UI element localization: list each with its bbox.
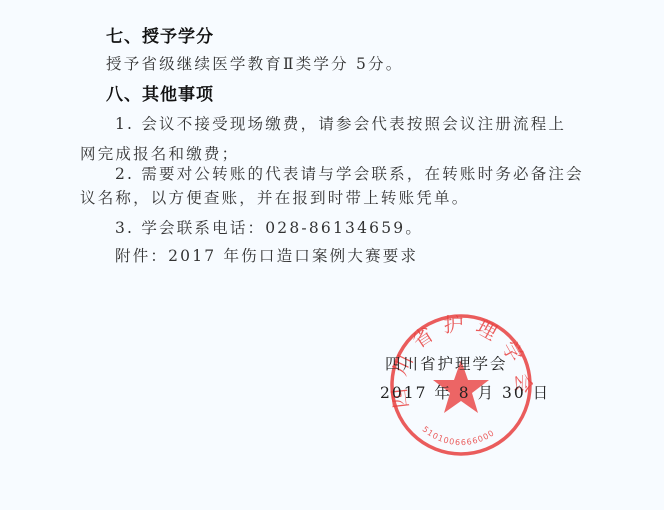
item1-line1: 1. 会议不接受现场缴费，请参会代表按照会议注册流程上 <box>115 112 566 134</box>
section7-heading: 七、授予学分 <box>106 22 214 47</box>
stamp-code: 5101006666000 <box>421 425 497 448</box>
item3-line1: 3. 学会联系电话：028-86134659。 <box>115 216 423 238</box>
signature-organization: 四川省护理学会 <box>385 352 508 374</box>
item2-line2: 议名称，以方便查账，并在报到时带上转账凭单。 <box>80 186 469 208</box>
svg-text:5101006666000: 5101006666000 <box>421 425 497 448</box>
attachment-line: 附件：2017 年伤口造口案例大赛要求 <box>115 244 418 266</box>
item2-line1: 2. 需要对公转账的代表请与学会联系，在转账时务必备注会 <box>115 162 584 184</box>
item1-line2: 网完成报名和缴费； <box>80 142 239 164</box>
section8-heading: 八、其他事项 <box>106 80 214 105</box>
section7-body: 授予省级继续医学教育Ⅱ类学分 5分。 <box>106 52 403 74</box>
signature-date: 2017 年 8 月 30 日 <box>380 381 550 403</box>
